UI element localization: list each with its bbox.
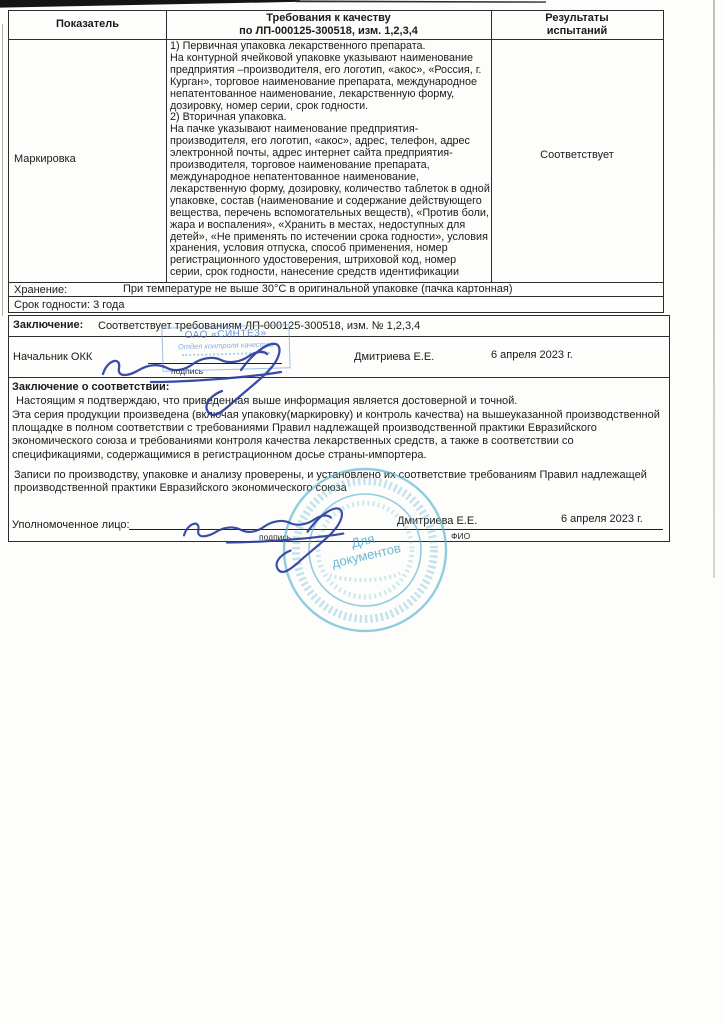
- conclusion-label: Заключение:: [13, 319, 83, 332]
- conformity-para1: Настоящим я подтверждаю, что приведенная…: [16, 395, 664, 408]
- shelf-life-row: Срок годности: 3 года: [14, 299, 124, 312]
- marking-requirement-text: 1) Первичная упаковка лекарственного пре…: [170, 41, 490, 279]
- shelf-life-value: 3 года: [93, 299, 124, 311]
- table-divider: [491, 11, 492, 282]
- rect-stamp: ОАО «СИНТЕЗ» Отдел контроля качества: [161, 324, 290, 372]
- rect-stamp-illegible-line: [182, 352, 270, 356]
- authorized-signature-caption: подпись: [259, 532, 291, 542]
- storage-value: При температуре не выше 30°С в оригиналь…: [123, 283, 513, 296]
- storage-label: Хранение:: [14, 284, 67, 297]
- conformity-title: Заключение о соответствии:: [12, 381, 169, 394]
- column-header-results: Результаты испытаний: [491, 12, 663, 38]
- table-divider: [9, 296, 663, 297]
- spec-table: Показатель Требования к качеству по ЛП-0…: [8, 10, 664, 313]
- shelf-life-label: Срок годности:: [14, 299, 90, 311]
- authorized-name-caption: ФИО: [451, 531, 470, 541]
- scan-artifact-top-line: [296, 0, 546, 4]
- authorized-person-label: Уполномоченное лицо:: [12, 519, 130, 532]
- table-divider: [166, 11, 167, 282]
- okk-name: Дмитриева Е.Е.: [354, 351, 434, 364]
- marking-result: Соответствует: [491, 149, 663, 162]
- okk-date: 6 апреля 2023 г.: [491, 349, 573, 362]
- conclusion-box: Заключение: Соответствует требованиям ЛП…: [8, 315, 670, 337]
- okk-signature-box: Начальник ОКК подпись Дмитриева Е.Е. 6 а…: [8, 335, 670, 378]
- conformity-box: Заключение о соответствии: Настоящим я п…: [8, 377, 670, 542]
- conformity-para2: Эта серия продукции произведена (включая…: [12, 409, 664, 462]
- column-header-requirements: Требования к качеству по ЛП-000125-30051…: [166, 12, 491, 38]
- scan-artifact-left-edge: [2, 24, 3, 316]
- scan-artifact-right-edge: [713, 0, 715, 578]
- round-stamp-text-line2: документов: [330, 540, 402, 570]
- okk-label: Начальник ОКК: [13, 351, 92, 364]
- document-page: Показатель Требования к качеству по ЛП-0…: [0, 0, 724, 1024]
- authorized-name: Дмитриева Е.Е.: [397, 515, 477, 528]
- conformity-para3: Записи по производству, упаковке и анали…: [14, 469, 662, 495]
- scan-artifact-top-wedge: [0, 0, 300, 9]
- authorized-date: 6 апреля 2023 г.: [561, 513, 643, 526]
- column-header-indicator: Показатель: [9, 18, 166, 31]
- marking-row-label: Маркировка: [14, 153, 164, 166]
